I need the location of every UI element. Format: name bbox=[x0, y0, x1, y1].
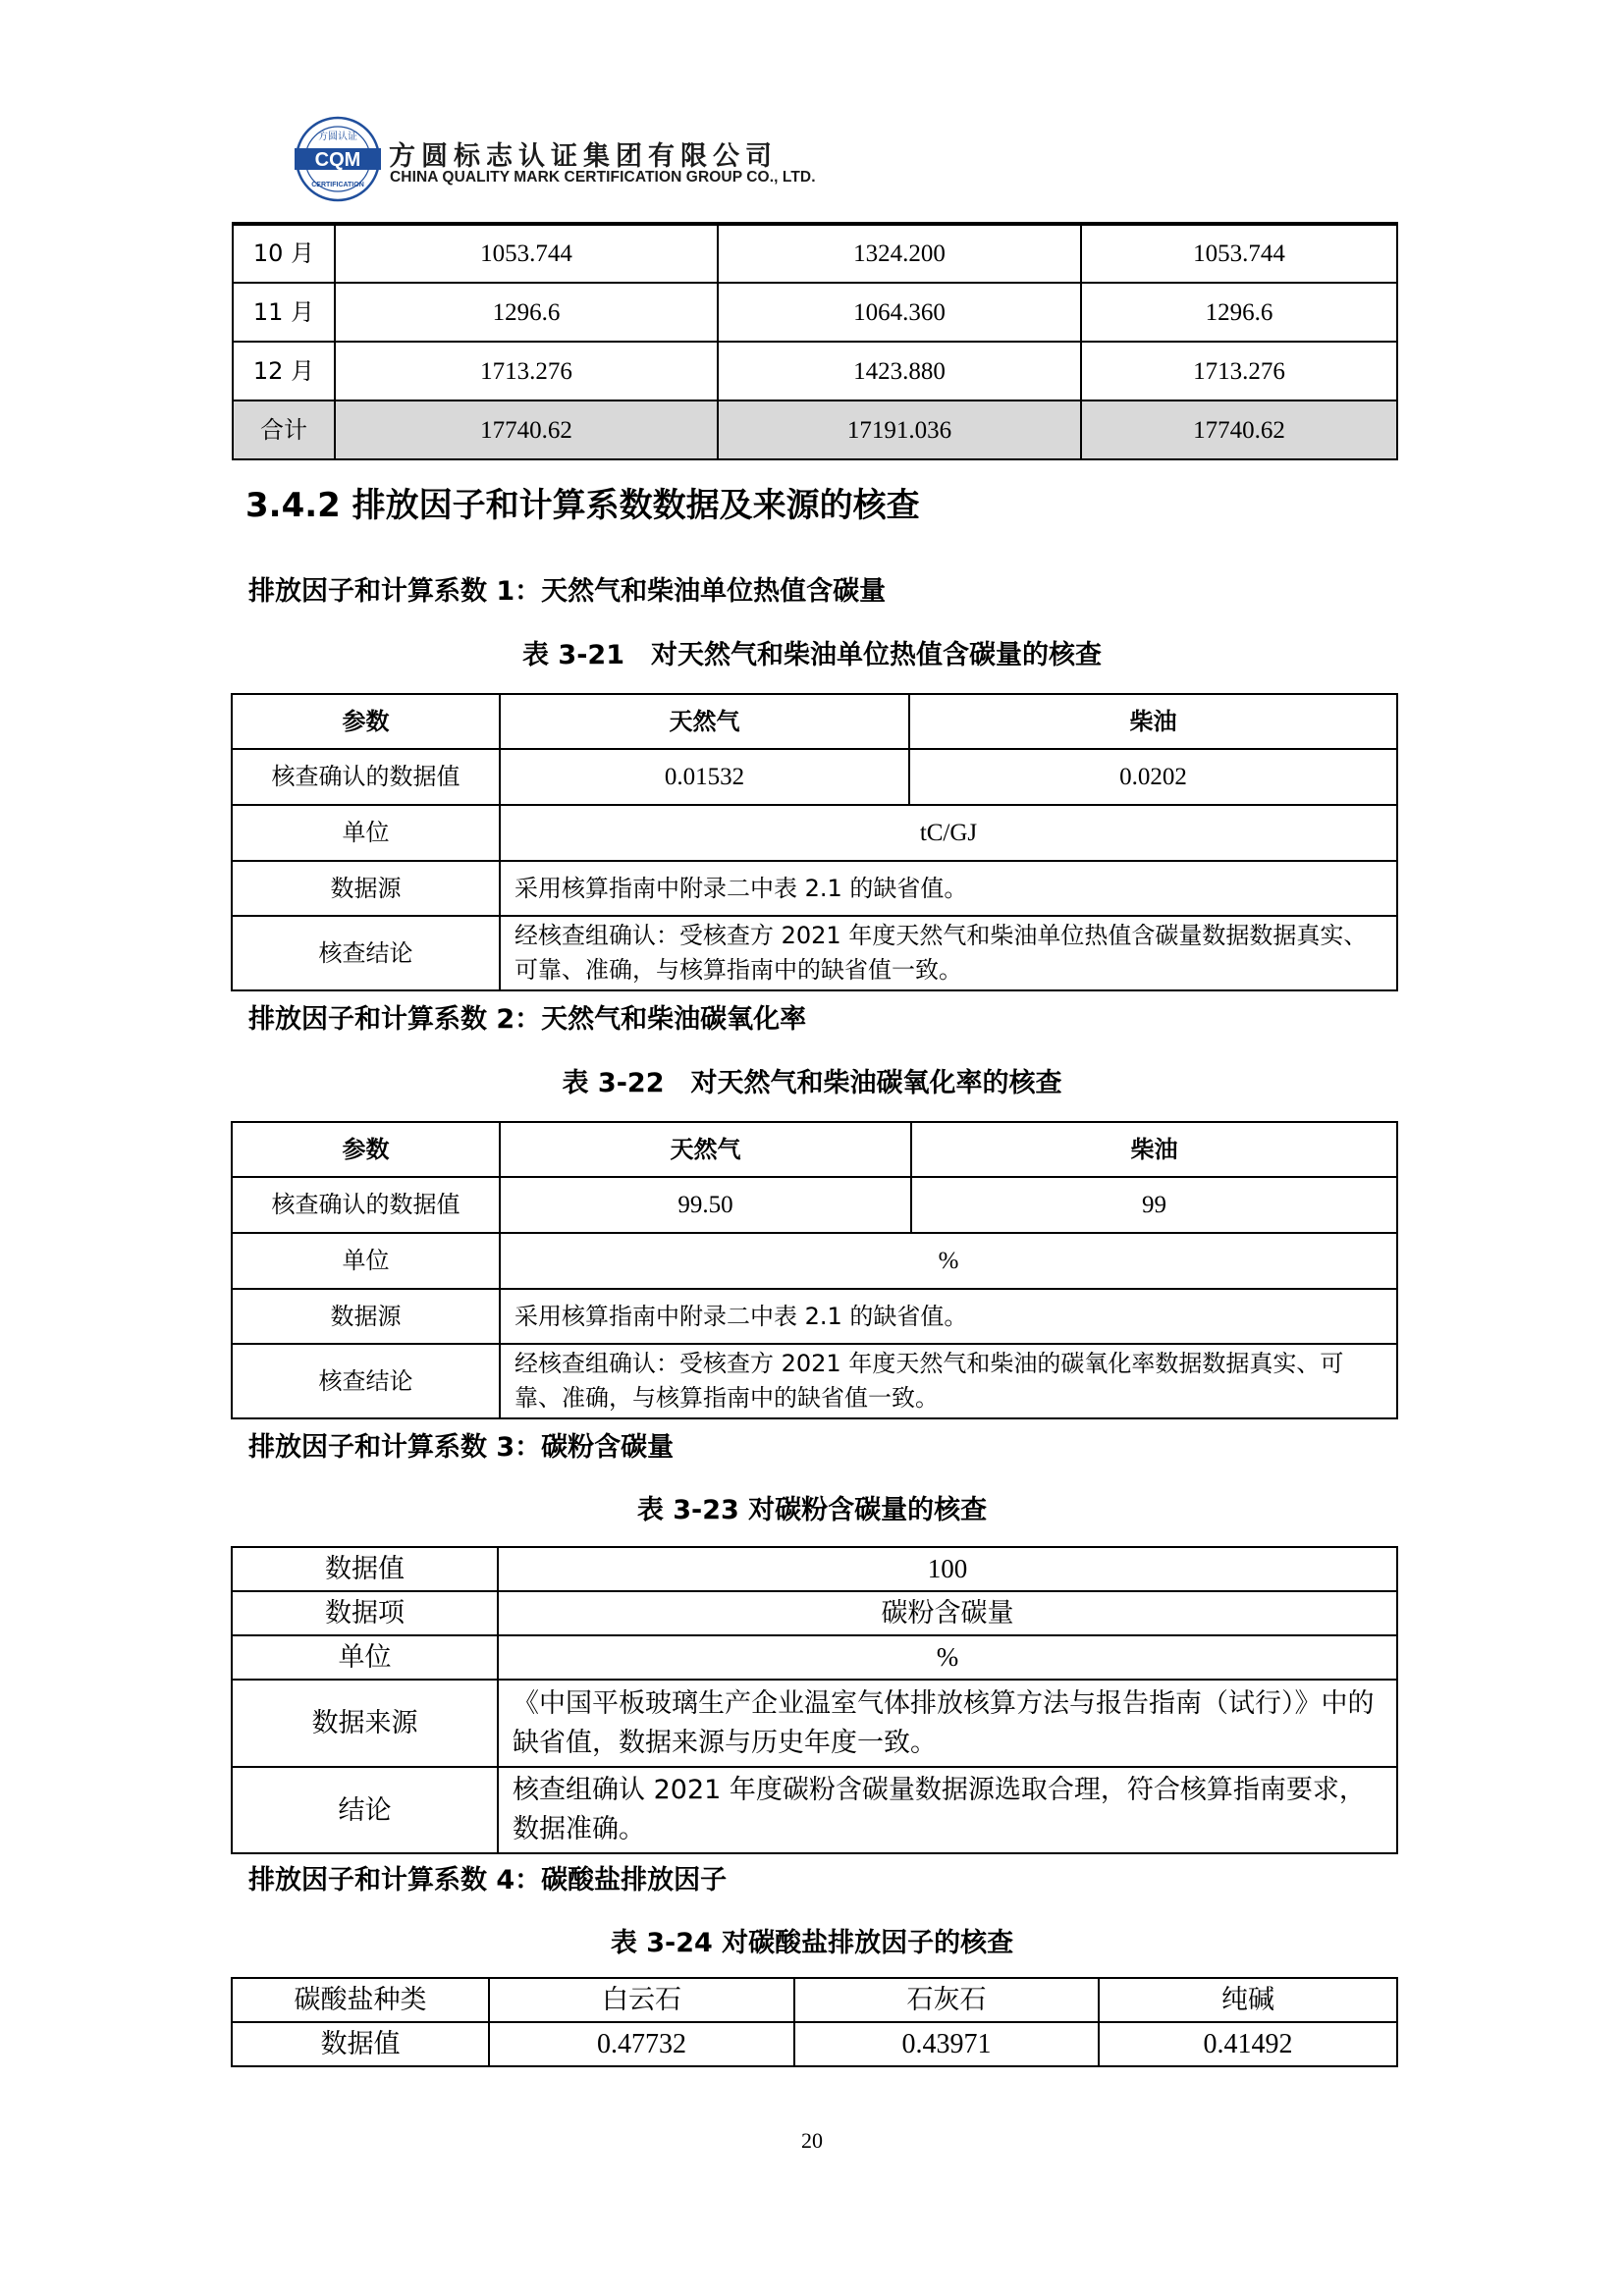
value-cell: 1423.880 bbox=[718, 342, 1081, 400]
factor-3-heading: 排放因子和计算系数 3：碳粉含碳量 bbox=[248, 1425, 674, 1464]
company-name-en: CHINA QUALITY MARK CERTIFICATION GROUP C… bbox=[390, 169, 816, 187]
value-cell: % bbox=[498, 1635, 1397, 1680]
table-3-22: 参数 天然气 柴油 核查确认的数据值 99.50 99 单位 % 数据源 采用核… bbox=[231, 1121, 1398, 1419]
table-row: 数据来源 《中国平板玻璃生产企业温室气体排放核算方法与报告指南（试行）》中的缺省… bbox=[232, 1680, 1397, 1767]
table-row: 数据值 0.47732 0.43971 0.41492 bbox=[232, 2022, 1397, 2066]
table-row: 12 月 1713.276 1423.880 1713.276 bbox=[233, 342, 1397, 400]
value-cell: 0.0202 bbox=[909, 749, 1397, 805]
monthly-data-table: 10 月 1053.744 1324.200 1053.744 11 月 129… bbox=[232, 222, 1398, 460]
value-cell: 碳粉含碳量 bbox=[498, 1591, 1397, 1635]
header-cell: 纯碱 bbox=[1099, 1978, 1397, 2022]
row-label: 核查结论 bbox=[232, 1344, 500, 1418]
factor-2-heading: 排放因子和计算系数 2：天然气和柴油碳氧化率 bbox=[248, 997, 806, 1036]
page-number: 20 bbox=[0, 2128, 1624, 2154]
svg-text:CQM: CQM bbox=[315, 149, 361, 171]
source-cell: 采用核算指南中附录二中表 2.1 的缺省值。 bbox=[500, 1289, 1397, 1344]
table-row: 核查结论 经核查组确认：受核查方 2021 年度天然气和柴油单位热值含碳量数据数… bbox=[232, 916, 1397, 990]
header-cell: 天然气 bbox=[500, 1122, 911, 1177]
table-row: 数据项 碳粉含碳量 bbox=[232, 1591, 1397, 1635]
month-cell: 11 月 bbox=[233, 283, 335, 342]
value-cell: 1053.744 bbox=[335, 224, 718, 283]
row-label: 数据项 bbox=[232, 1591, 498, 1635]
conclusion-cell: 经核查组确认：受核查方 2021 年度天然气和柴油单位热值含碳量数据数据真实、可… bbox=[500, 916, 1397, 990]
value-cell: 99 bbox=[911, 1177, 1397, 1233]
row-label: 核查确认的数据值 bbox=[232, 749, 500, 805]
row-label: 核查结论 bbox=[232, 916, 500, 990]
unit-cell: % bbox=[500, 1233, 1397, 1289]
company-name-cn: 方圆标志认证集团有限公司 bbox=[389, 134, 778, 173]
value-cell: 0.43971 bbox=[794, 2022, 1099, 2066]
total-value: 17740.62 bbox=[1081, 400, 1397, 459]
table-3-23-caption: 表 3-23 对碳粉含碳量的核查 bbox=[0, 1488, 1624, 1526]
row-label: 数据来源 bbox=[232, 1680, 498, 1767]
unit-cell: tC/GJ bbox=[500, 805, 1397, 861]
value-cell: 100 bbox=[498, 1547, 1397, 1591]
total-value: 17740.62 bbox=[335, 400, 718, 459]
table-row: 单位 tC/GJ bbox=[232, 805, 1397, 861]
header-cell: 石灰石 bbox=[794, 1978, 1099, 2022]
header-cell: 白云石 bbox=[489, 1978, 794, 2022]
table-row: 单位 % bbox=[232, 1635, 1397, 1680]
row-label: 数据源 bbox=[232, 861, 500, 916]
conclusion-cell: 核查组确认 2021 年度碳粉含碳量数据源选取合理，符合核算指南要求，数据准确。 bbox=[498, 1767, 1397, 1853]
table-row: 11 月 1296.6 1064.360 1296.6 bbox=[233, 283, 1397, 342]
row-label: 数据源 bbox=[232, 1289, 500, 1344]
table-row: 10 月 1053.744 1324.200 1053.744 bbox=[233, 224, 1397, 283]
table-3-24: 碳酸盐种类 白云石 石灰石 纯碱 数据值 0.47732 0.43971 0.4… bbox=[231, 1977, 1398, 2067]
value-cell: 1296.6 bbox=[1081, 283, 1397, 342]
svg-text:方圆认证: 方圆认证 bbox=[318, 130, 357, 142]
table-row: 单位 % bbox=[232, 1233, 1397, 1289]
conclusion-cell: 经核查组确认：受核查方 2021 年度天然气和柴油的碳氧化率数据数据真实、可靠、… bbox=[500, 1344, 1397, 1418]
row-label: 单位 bbox=[232, 805, 500, 861]
header-cell: 参数 bbox=[232, 694, 500, 749]
row-label: 数据值 bbox=[232, 2022, 489, 2066]
total-value: 17191.036 bbox=[718, 400, 1081, 459]
source-cell: 采用核算指南中附录二中表 2.1 的缺省值。 bbox=[500, 861, 1397, 916]
value-cell: 1053.744 bbox=[1081, 224, 1397, 283]
row-label: 单位 bbox=[232, 1635, 498, 1680]
table-header-row: 参数 天然气 柴油 bbox=[232, 694, 1397, 749]
total-row: 合计 17740.62 17191.036 17740.62 bbox=[233, 400, 1397, 459]
header-cell: 柴油 bbox=[911, 1122, 1397, 1177]
month-cell: 12 月 bbox=[233, 342, 335, 400]
row-label: 核查确认的数据值 bbox=[232, 1177, 500, 1233]
header-cell: 参数 bbox=[232, 1122, 500, 1177]
company-logo: CQM 方圆认证 CERTIFICATION bbox=[293, 115, 383, 203]
value-cell: 0.41492 bbox=[1099, 2022, 1397, 2066]
table-row: 核查结论 经核查组确认：受核查方 2021 年度天然气和柴油的碳氧化率数据数据真… bbox=[232, 1344, 1397, 1418]
factor-1-heading: 排放因子和计算系数 1：天然气和柴油单位热值含碳量 bbox=[248, 569, 886, 608]
table-row: 结论 核查组确认 2021 年度碳粉含碳量数据源选取合理，符合核算指南要求，数据… bbox=[232, 1767, 1397, 1853]
table-row: 数据源 采用核算指南中附录二中表 2.1 的缺省值。 bbox=[232, 1289, 1397, 1344]
value-cell: 1064.360 bbox=[718, 283, 1081, 342]
row-label: 结论 bbox=[232, 1767, 498, 1853]
table-header-row: 参数 天然气 柴油 bbox=[232, 1122, 1397, 1177]
section-title: 3.4.2 排放因子和计算系数数据及来源的核查 bbox=[245, 478, 920, 526]
header-cell: 天然气 bbox=[500, 694, 909, 749]
table-3-21: 参数 天然气 柴油 核查确认的数据值 0.01532 0.0202 单位 tC/… bbox=[231, 693, 1398, 991]
header-cell: 柴油 bbox=[909, 694, 1397, 749]
value-cell: 0.47732 bbox=[489, 2022, 794, 2066]
table-3-24-caption: 表 3-24 对碳酸盐排放因子的核查 bbox=[0, 1921, 1624, 1959]
row-label: 单位 bbox=[232, 1233, 500, 1289]
table-3-22-caption: 表 3-22 对天然气和柴油碳氧化率的核查 bbox=[0, 1061, 1624, 1099]
table-3-21-caption: 表 3-21 对天然气和柴油单位热值含碳量的核查 bbox=[0, 633, 1624, 671]
row-label: 数据值 bbox=[232, 1547, 498, 1591]
value-cell: 0.01532 bbox=[500, 749, 909, 805]
svg-text:CERTIFICATION: CERTIFICATION bbox=[311, 182, 364, 188]
table-row: 数据源 采用核算指南中附录二中表 2.1 的缺省值。 bbox=[232, 861, 1397, 916]
month-cell: 10 月 bbox=[233, 224, 335, 283]
factor-4-heading: 排放因子和计算系数 4：碳酸盐排放因子 bbox=[248, 1858, 727, 1896]
total-label: 合计 bbox=[233, 400, 335, 459]
value-cell: 99.50 bbox=[500, 1177, 911, 1233]
table-row: 核查确认的数据值 0.01532 0.0202 bbox=[232, 749, 1397, 805]
table-row: 核查确认的数据值 99.50 99 bbox=[232, 1177, 1397, 1233]
value-cell: 1713.276 bbox=[335, 342, 718, 400]
table-header-row: 碳酸盐种类 白云石 石灰石 纯碱 bbox=[232, 1978, 1397, 2022]
source-cell: 《中国平板玻璃生产企业温室气体排放核算方法与报告指南（试行）》中的缺省值，数据来… bbox=[498, 1680, 1397, 1767]
table-3-23: 数据值 100 数据项 碳粉含碳量 单位 % 数据来源 《中国平板玻璃生产企业温… bbox=[231, 1546, 1398, 1854]
value-cell: 1296.6 bbox=[335, 283, 718, 342]
table-row: 数据值 100 bbox=[232, 1547, 1397, 1591]
value-cell: 1324.200 bbox=[718, 224, 1081, 283]
cqm-logo-icon: CQM 方圆认证 CERTIFICATION bbox=[293, 115, 383, 203]
header-cell: 碳酸盐种类 bbox=[232, 1978, 489, 2022]
value-cell: 1713.276 bbox=[1081, 342, 1397, 400]
